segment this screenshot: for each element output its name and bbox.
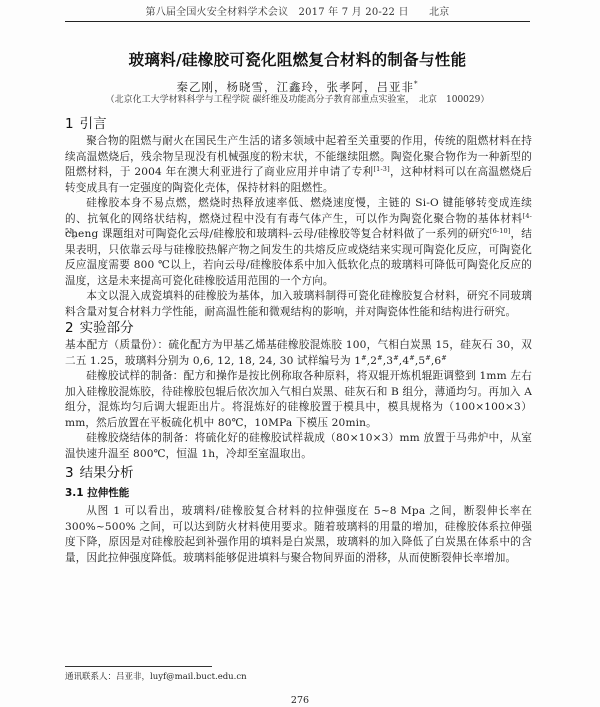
section-number: 2 [65,320,74,336]
affiliation: （北京化工大学材料科学与工程学院 碳纤维及功能高分子教育部重点实验室， 北京 1… [65,94,530,106]
paragraph-intro-4: 本文以混入成瓷填料的硅橡胶为基体，加入玻璃料制得可瓷化硅橡胶复合材料，研究不同玻… [65,289,532,320]
section-heading-experimental: 2实验部分 [65,320,134,337]
subsection-title: 拉伸性能 [87,487,129,499]
footnote-rule [65,666,212,667]
section-number: 1 [65,116,74,132]
paragraph-formulation: 基本配方（质量份）：硫化配方为甲基乙烯基硅橡胶混炼胶 100，气相白炭黑 15，… [65,338,532,369]
paragraph-intro-3: cheng 课题组对可陶瓷化云母/硅橡胶和玻璃料-云母/硅橡胶等复合材料做了一系… [65,227,532,289]
subsection-heading-tensile: 3.1 拉伸性能 [65,486,129,500]
paper-title: 玻璃料/硅橡胶可瓷化阻燃复合材料的制备与性能 [65,50,530,70]
author-names: 秦乙刚，杨晓雪，江鑫玲，张孝阿，吕亚非 [177,80,415,94]
subsection-number: 3.1 [65,487,84,499]
corresponding-author-footnote: 通讯联系人：吕亚非，luyf@mail.buct.edu.cn [65,672,247,683]
section-title: 实验部分 [80,320,134,336]
section-title: 引言 [80,116,107,132]
running-header: 第八届全国火安全材料学术会议 2017 年 7 月 20-22 日 北京 [65,6,530,19]
author-list: 秦乙刚，杨晓雪，江鑫玲，张孝阿，吕亚非* [65,77,530,95]
paragraph-sample-preparation: 硅橡胶试样的制备：配方和操作是按比例称取各种原料，将双辊开炼机辊距调整到 1mm… [65,369,532,431]
header-rule [65,21,530,22]
page-number: 276 [0,695,600,706]
section-title: 结果分析 [80,465,134,481]
corresponding-author-mark: * [414,80,419,88]
paragraph-intro-1: 聚合物的阻燃与耐火在国民生产生活的诸多领域中起着至关重要的作用，传统的阻燃材料在… [65,134,532,196]
citation: [1-3] [373,165,389,173]
paragraph-tensile: 从图 1 可以看出，玻璃料/硅橡胶复合材料的拉伸强度在 5~8 Mpa 之间，断… [65,504,532,566]
section-heading-introduction: 1引言 [65,116,107,133]
citation: [6-10] [490,227,511,235]
section-heading-results: 3结果分析 [65,465,134,482]
paper-page: 第八届全国火安全材料学术会议 2017 年 7 月 20-22 日 北京 玻璃料… [0,0,600,707]
section-number: 3 [65,465,74,481]
paragraph-sintered-preparation: 硅橡胶烧结体的制备：将硫化好的硅橡胶试样裁成（80×10×3）mm 放置于马弗炉… [65,431,532,462]
